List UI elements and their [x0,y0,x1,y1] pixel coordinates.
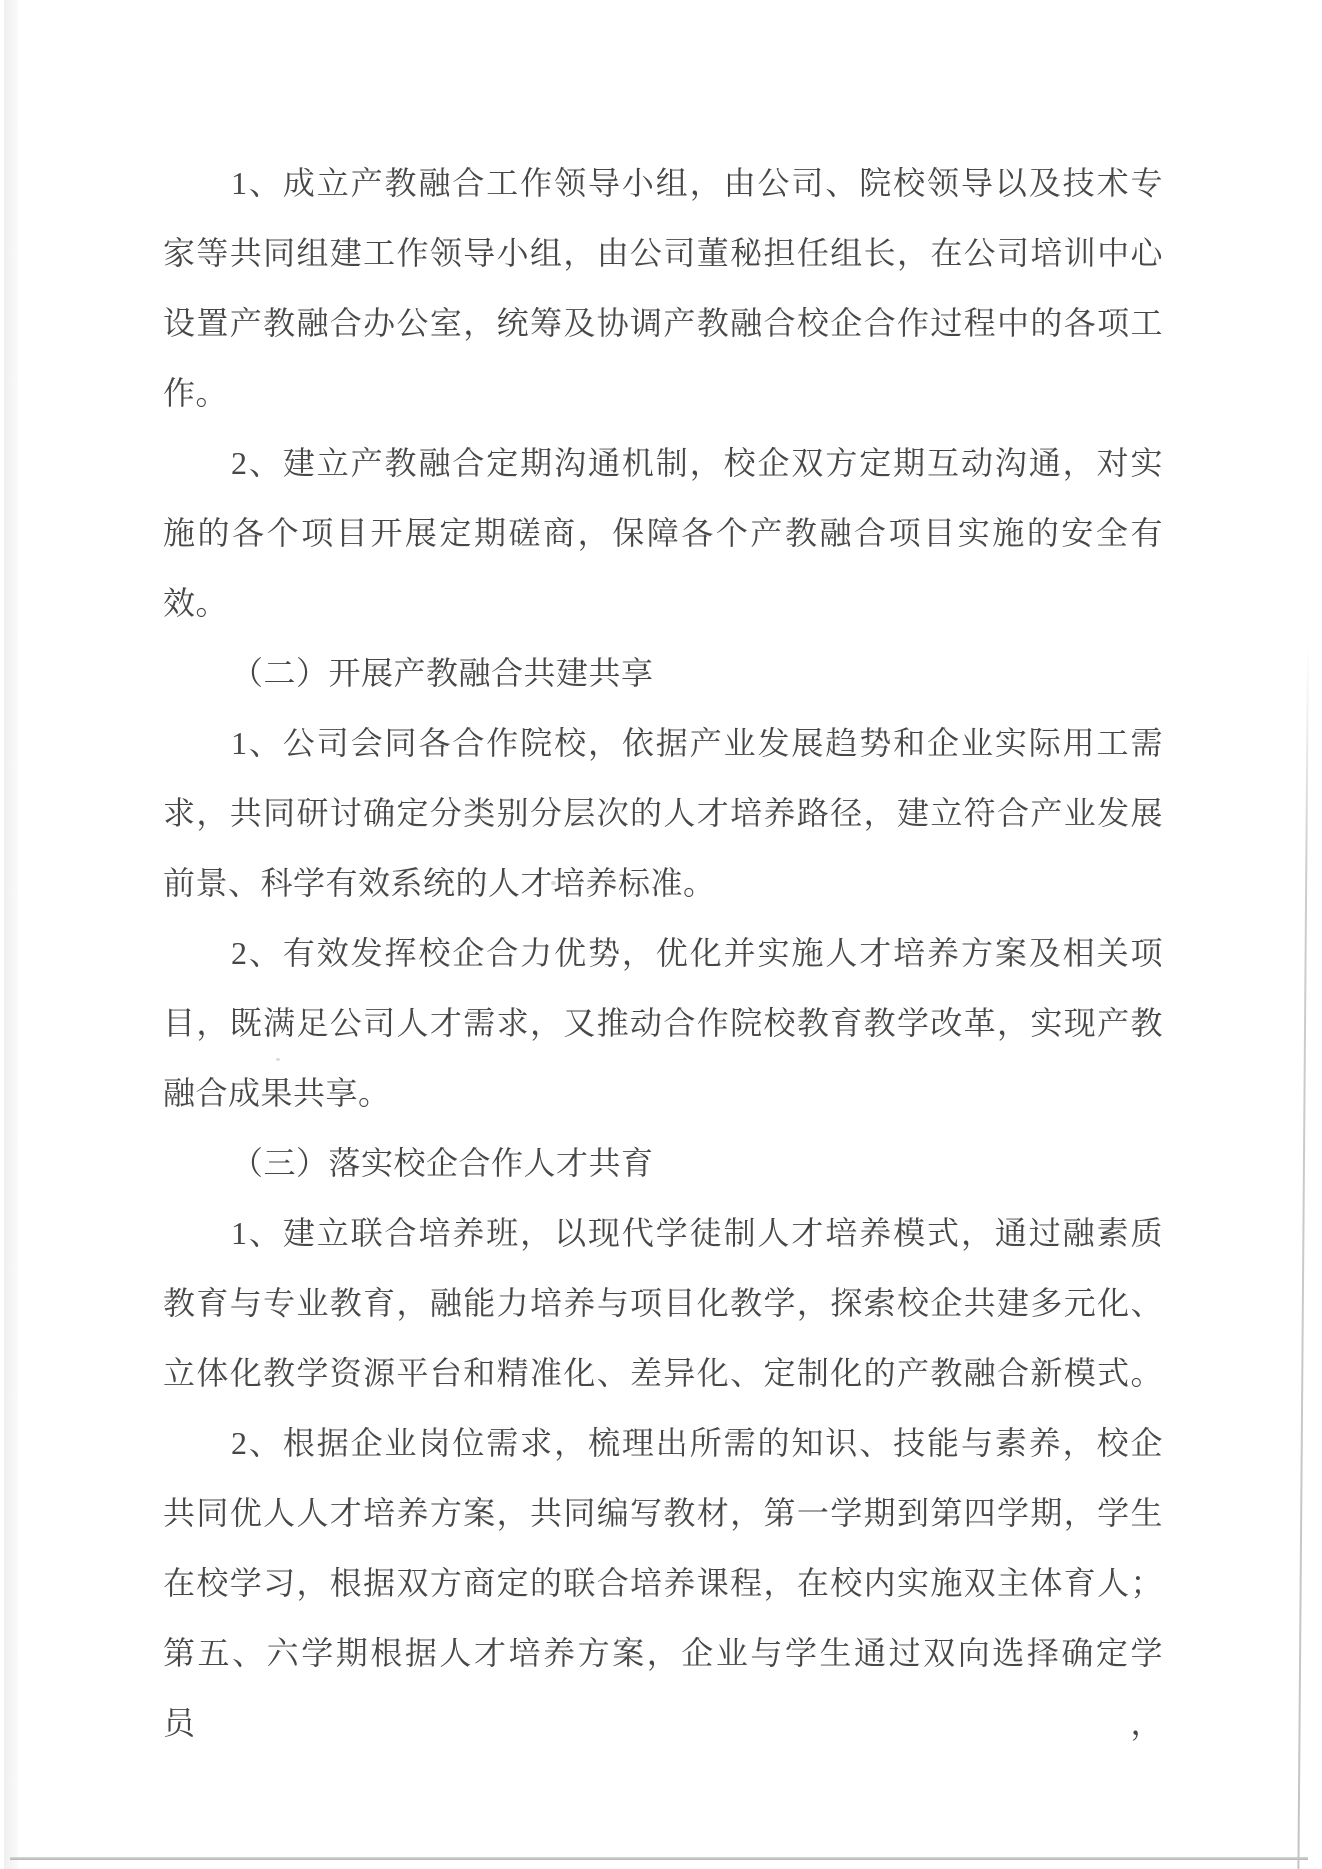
document-line: 设置产教融合办公室，统筹及协调产教融合校企合作过程中的各项工 [163,288,1163,358]
document-line: 家等共同组建工作领导小组，由公司董秘担任组长，在公司培训中心 [163,218,1163,288]
document-text-block: 1、成立产教融合工作领导小组，由公司、院校领导以及技术专家等共同组建工作领导小组… [163,148,1163,1688]
document-line: 2、有效发挥校企合力优势，优化并实施人才培养方案及相关项 [163,918,1163,988]
document-line: 求，共同研讨确定分类别分层次的人才培养路径，建立符合产业发展 [163,778,1163,848]
document-line: 施的各个项目开展定期磋商，保障各个产教融合项目实施的安全有 [163,498,1163,568]
document-line: （三）落实校企合作人才共育 [163,1128,1163,1198]
document-line: 1、成立产教融合工作领导小组，由公司、院校领导以及技术专 [163,148,1163,218]
document-line: 目，既满足公司人才需求，又推动合作院校教育教学改革，实现产教 [163,988,1163,1058]
document-line: 教育与专业教育，融能力培养与项目化教学，探索校企共建多元化、 [163,1268,1163,1338]
document-line: 融合成果共享。 [163,1058,1163,1128]
document-line: 立体化教学资源平台和精准化、差异化、定制化的产教融合新模式。 [163,1338,1163,1408]
document-line: 前景、科学有效系统的人才培养标准。 [163,848,1163,918]
document-line: 2、根据企业岗位需求，梳理出所需的知识、技能与素养，校企 [163,1408,1163,1478]
scan-edge-bottom [10,1857,1308,1860]
scan-edge-right [1297,648,1309,1869]
document-line: 共同优人人才培养方案，共同编写教材，第一学期到第四学期，学生 [163,1478,1163,1548]
document-line: 1、建立联合培养班，以现代学徒制人才培养模式，通过融素质 [163,1198,1163,1268]
document-line: 在校学习，根据双方商定的联合培养课程，在校内实施双主体育人； [163,1548,1163,1618]
scan-edge-left [4,0,18,1869]
document-line: 1、公司会同各合作院校，依据产业发展趋势和企业实际用工需 [163,708,1163,778]
document-line: 效。 [163,568,1163,638]
scanned-document-page: 1、成立产教融合工作领导小组，由公司、院校领导以及技术专家等共同组建工作领导小组… [0,0,1322,1869]
document-line: （二）开展产教融合共建共享 [163,638,1163,708]
document-line: 2、建立产教融合定期沟通机制，校企双方定期互动沟通，对实 [163,428,1163,498]
document-line: 作。 [163,358,1163,428]
document-line: 第五、六学期根据人才培养方案，企业与学生通过双向选择确定学员， [163,1618,1163,1688]
